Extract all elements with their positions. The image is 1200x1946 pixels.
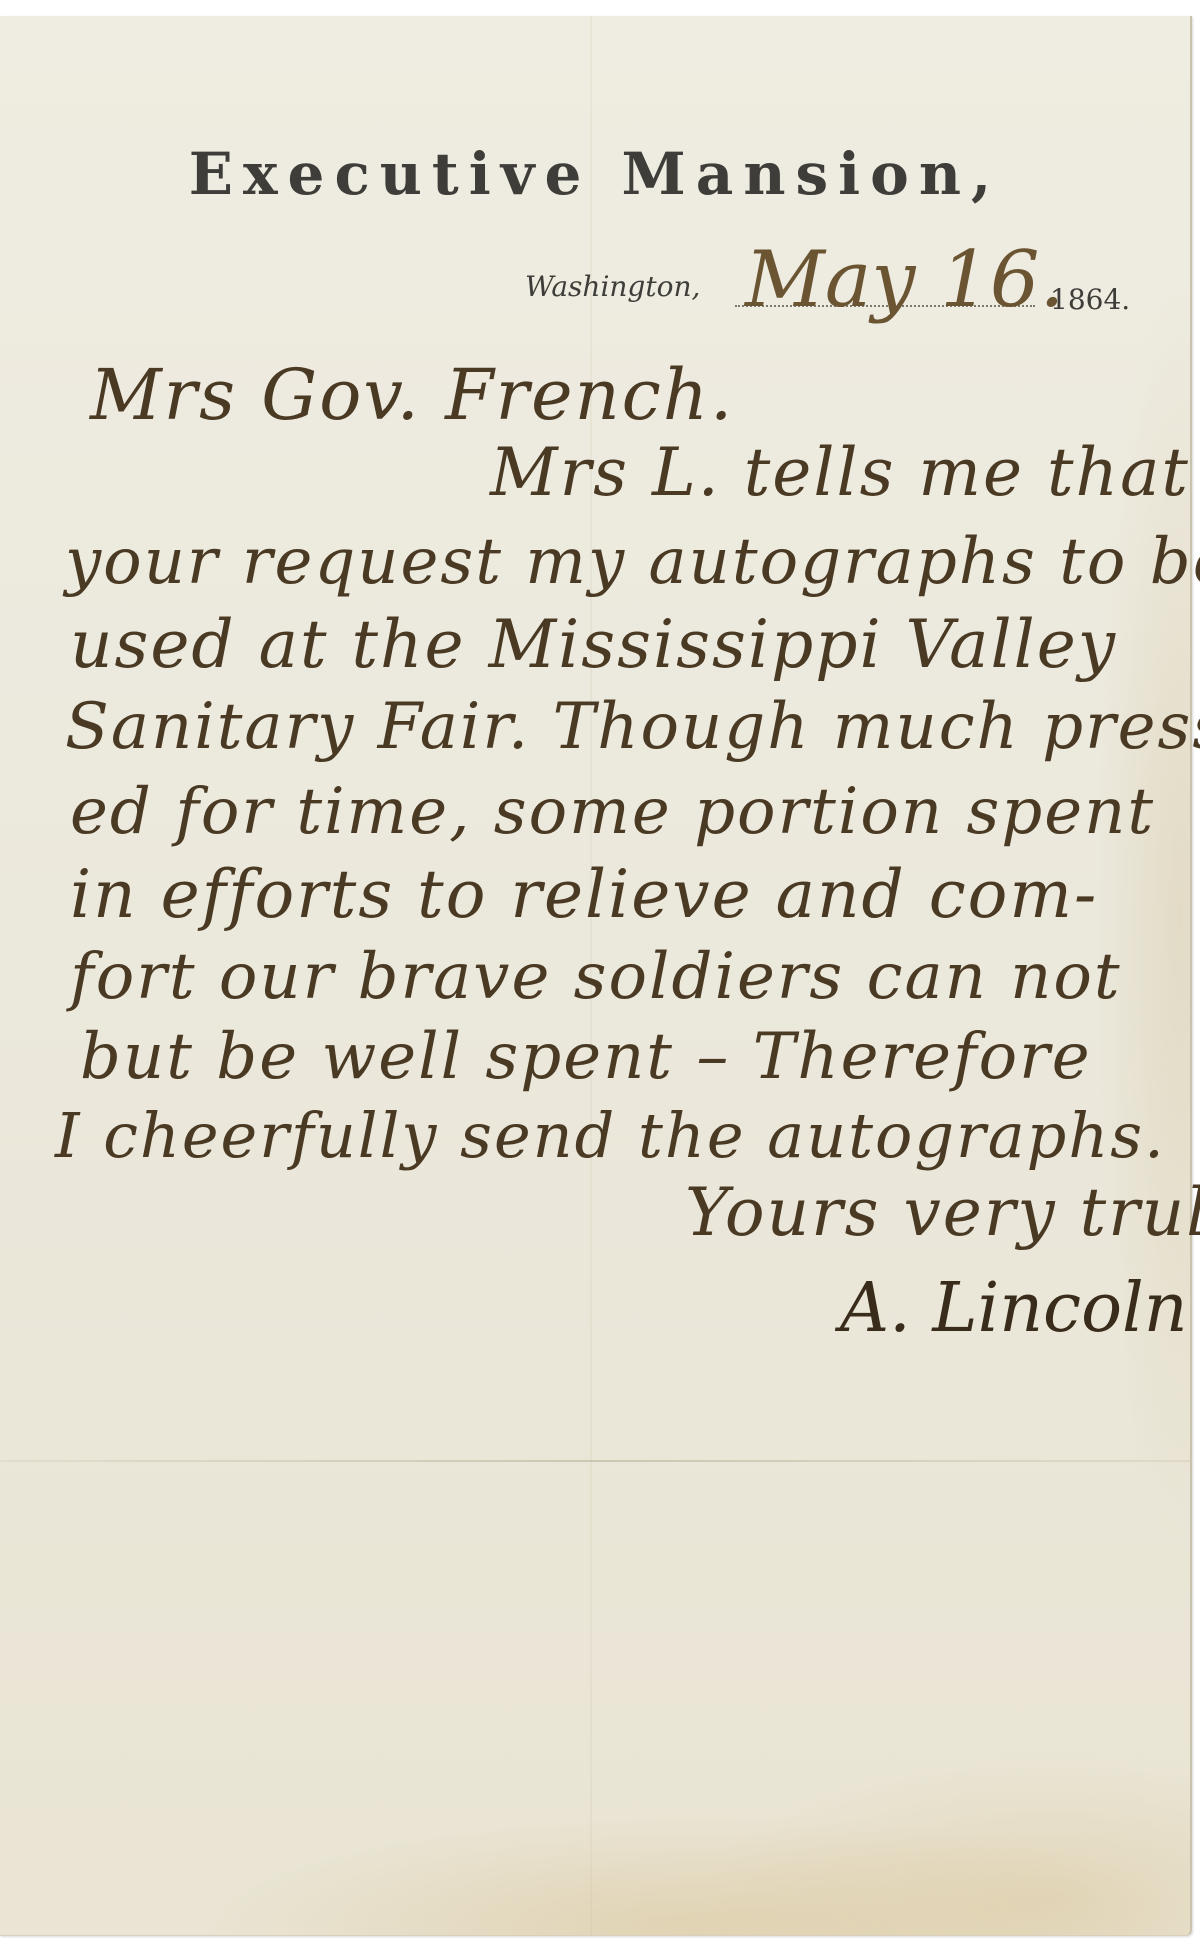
salutation: Mrs Gov. French. — [90, 360, 734, 430]
body-line-5: ed for time, some portion spent — [70, 780, 1155, 844]
closing: Yours very truly — [685, 1180, 1200, 1246]
dateline: Washington, May 16. 1864. — [520, 245, 1160, 355]
body-line-4: Sanitary Fair. Though much press- — [65, 695, 1200, 759]
body-line-7: fort our brave soldiers can not — [70, 945, 1122, 1009]
handwritten-date: May 16. — [745, 235, 1064, 325]
letterhead-title: Executive Mansion, — [0, 140, 1190, 208]
horizontal-fold-line — [0, 1460, 1190, 1462]
signature: A. Lincoln — [840, 1275, 1188, 1343]
body-line-6: in efforts to relieve and com- — [70, 862, 1098, 928]
body-line-2: your request my autographs to be — [65, 530, 1200, 594]
letterhead-year: 1864. — [1050, 283, 1130, 316]
body-line-9: I cheerfully send the autographs. — [55, 1105, 1166, 1167]
letterhead-place: Washington, — [525, 270, 700, 303]
body-line-3: used at the Mississippi Valley — [70, 612, 1117, 678]
body-line-1: Mrs L. tells me that — [490, 440, 1190, 506]
body-line-8: but be well spent – Therefore — [80, 1025, 1092, 1089]
